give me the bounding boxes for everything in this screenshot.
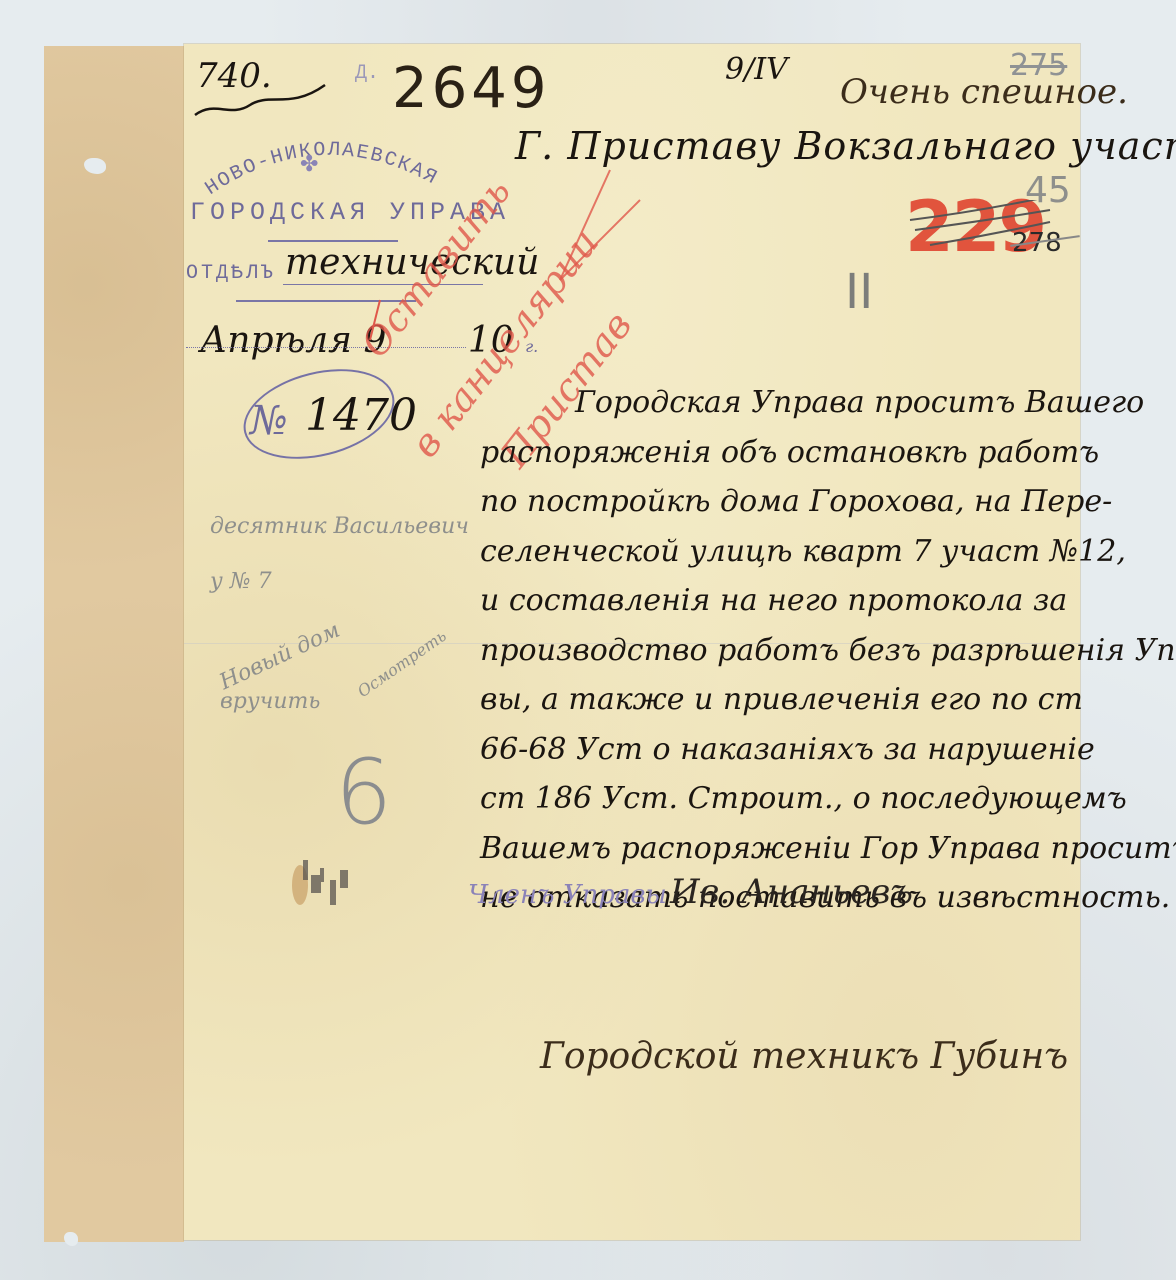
pencil-large-digit: 6 [335, 740, 392, 845]
crown-emblem-icon: ✤ [300, 152, 318, 177]
backing-strip [44, 46, 184, 1242]
body-line: ст 186 Уст. Строит., о последующемъ [480, 774, 1120, 824]
department-label: ОТДѢЛЪ [186, 262, 276, 285]
flourish-icon [190, 80, 330, 120]
body-line: по постройкѣ дома Горохова, на Пере- [480, 477, 1120, 527]
pencil-number: 45 [1025, 170, 1071, 211]
body-line: распоряженія объ остановкѣ работъ [480, 428, 1120, 478]
body-line: вы, а также и привлеченія его по ст [480, 675, 1120, 725]
member-stamp-label: Членъ Управы [468, 880, 667, 910]
pencil-note: вручить [220, 689, 320, 714]
body-line: и составленія на него протокола за [480, 576, 1120, 626]
stamp-small-mark: Д. [355, 62, 379, 85]
body-line: производство работъ безъ разрѣшенія Упра… [480, 626, 1120, 676]
registration-number: 2649 [392, 56, 551, 121]
body-line: 66-68 Уст о наказаніяхъ за нарушеніе [480, 725, 1120, 775]
technician-signature: Городской техникъ Губинъ [540, 1036, 1068, 1077]
body-line: Городская Управа проситъ Вашего [480, 378, 1120, 428]
ink-stain [285, 850, 365, 910]
body-line: Вашемъ распоряженіи Гор Управа проситъ [480, 824, 1120, 874]
date-fraction: 9/IV [725, 52, 788, 87]
body-line: селенческой улицѣ кварт 7 участ №12, [480, 527, 1120, 577]
pencil-note: у № 7 [210, 569, 272, 594]
date-day-month: Апрѣля 9 [200, 320, 386, 361]
number-label: № [250, 398, 288, 444]
member-signature: Ив. Ананьевъ [670, 872, 913, 912]
torn-edge [64, 1232, 78, 1246]
pencil-note: десятник Васильевич [210, 514, 469, 539]
urgency-note: Очень спешное. [840, 72, 1128, 112]
letter-body: Городская Управа проситъ Вашегораспоряже… [480, 378, 1120, 923]
struck-number-top: 275 [1010, 48, 1067, 83]
pencil-roman-numeral: II [845, 264, 873, 320]
